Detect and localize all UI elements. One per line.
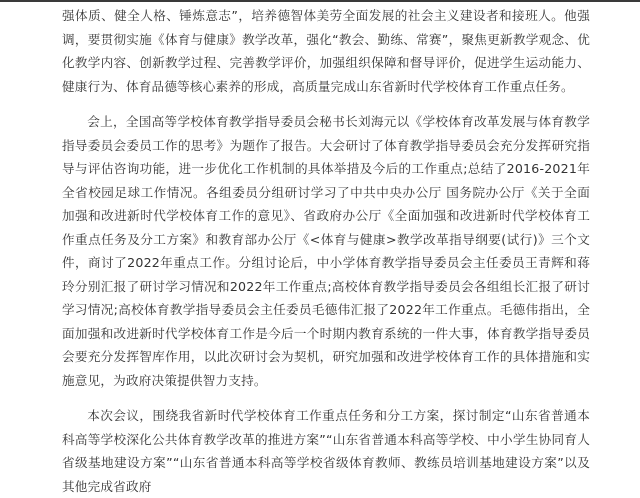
article-paragraph-3: 本次会议，围绕我省新时代学校体育工作重点任务和分工方案，探讨制定“山东省普通本科…: [62, 404, 590, 423]
article-body: 强体质、健全人格、锤炼意志”，培养德智体美劳全面发展的社会主义建设者和接班人。他…: [62, 4, 590, 423]
article-paragraph-2: 会上，全国高等学校体育教学指导委员会秘书长刘海元以《学校体育改革发展与体育教学指…: [62, 110, 590, 392]
article-paragraph-1: 强体质、健全人格、锤炼意志”，培养德智体美劳全面发展的社会主义建设者和接班人。他…: [62, 4, 590, 98]
top-border-bar: [0, 0, 640, 2]
